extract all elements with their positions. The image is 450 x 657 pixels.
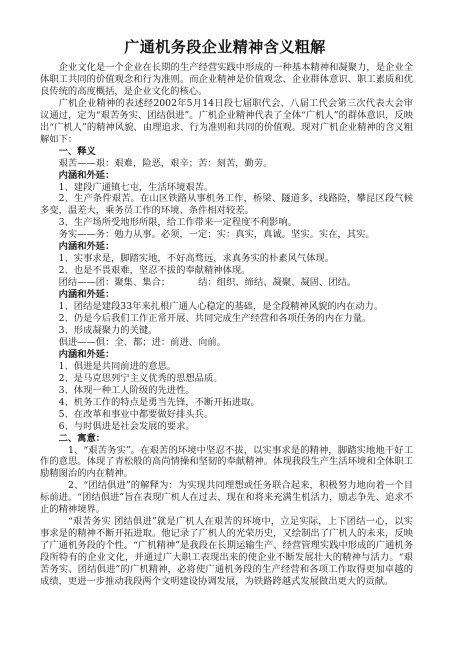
definition-tuanjie: 团结——团：聚集、集合；结：组织、缔结、凝聚、凝固、团结。: [40, 277, 413, 289]
list-item: 1、实事求是，脚踏实地，不好高骛远，求真务实的朴素风气体现。: [40, 253, 413, 265]
list-item: 1、建段广通镇七屯，生活环境艰苦。: [40, 182, 413, 194]
connotation-label: 内涵和外延：: [40, 349, 413, 361]
definition-wushi: 务实——务：勉力从事。必须，一定；实：真实，真诚。坚实。实在，其实。: [40, 229, 413, 241]
list-item: 3、体现一种工人阶级的先进性。: [40, 385, 413, 397]
list-item: 1、俱进是共同前进的意思。: [40, 361, 413, 373]
list-item: 5、在改革和事业中都要做好排头兵。: [40, 409, 413, 421]
list-item: 6、与时俱进是社会发展的要求。: [40, 421, 413, 433]
meaning-paragraph-1: 1、“艰苦务实”。在艰苦的环境中坚忍不拔，以实事求是的精神，脚踏实地地干好工作的…: [40, 445, 413, 481]
document-title: 广通机务段企业精神含义粗解: [0, 38, 450, 56]
definition-jianku: 艰苦——艰：艰难，险恶，艰辛；苦：刻苦，勤劳。: [40, 158, 413, 170]
connotation-label: 内涵和外延：: [40, 241, 413, 253]
definition-tuanjie-a: 团结——团：聚集、集合；: [59, 277, 171, 288]
list-item: 3、生产场所受地形所限，给工作带来一定程度不利影响。: [40, 217, 413, 229]
list-item: 1、团结是建段33年来扎根广通人心稳定的基础，是全段精神风貌的内在动力。: [40, 301, 413, 313]
list-item: 2、是马克思列宁主义优秀的思想品质。: [40, 373, 413, 385]
meaning-paragraph-3: “艰苦务实 团结俱进”就是广机人在艰苦的环境中，立足实际，上下团结一心，以实事求…: [40, 516, 413, 588]
section-heading-explanation: 一、释义: [40, 146, 413, 158]
intro-paragraph-2: 广机企业精神的表述经2002年5月14日段七届职代会、八届工代会第三次代表大会审…: [40, 98, 413, 146]
definition-tuanjie-b: 结：组织、缔结、凝聚、凝固、团结。: [198, 277, 356, 288]
list-item: 3、形成凝聚力的关键。: [40, 325, 413, 337]
document-page: 广通机务段企业精神含义粗解 企业文化是一个企业在长期的生产经营实践中形成的一种基…: [0, 0, 450, 657]
document-body: 企业文化是一个企业在长期的生产经营实践中形成的一种基本精神和凝聚力，是企业全体职…: [40, 62, 413, 588]
list-item: 4、机务工作的特点是勇当先锋，不断开拓进取。: [40, 397, 413, 409]
connotation-label: 内涵和外延：: [40, 170, 413, 182]
list-item: 2、生产条件艰苦。在山区铁路从事机务工作，桥梁、隧道多，线路险，攀昆区段气候多变…: [40, 193, 413, 217]
meaning-paragraph-2: 2、“团结俱进”的解释为：为实现共同理想或任务联合起来，积极努力地向着一个目标前…: [40, 480, 413, 516]
list-item: 2、也是不畏艰难，坚忍不拔的奉献精神体现。: [40, 265, 413, 277]
intro-paragraph-1: 企业文化是一个企业在长期的生产经营实践中形成的一种基本精神和凝聚力，是企业全体职…: [40, 62, 413, 98]
definition-jujin: 俱进——俱：全、都；进：前进、向前。: [40, 337, 413, 349]
list-item: 2、仍是今后我们工作正常开展、共同完成生产经营和各项任务的内在力量。: [40, 313, 413, 325]
section-heading-meaning: 二、寓意：: [40, 433, 413, 445]
connotation-label: 内涵和外延：: [40, 289, 413, 301]
